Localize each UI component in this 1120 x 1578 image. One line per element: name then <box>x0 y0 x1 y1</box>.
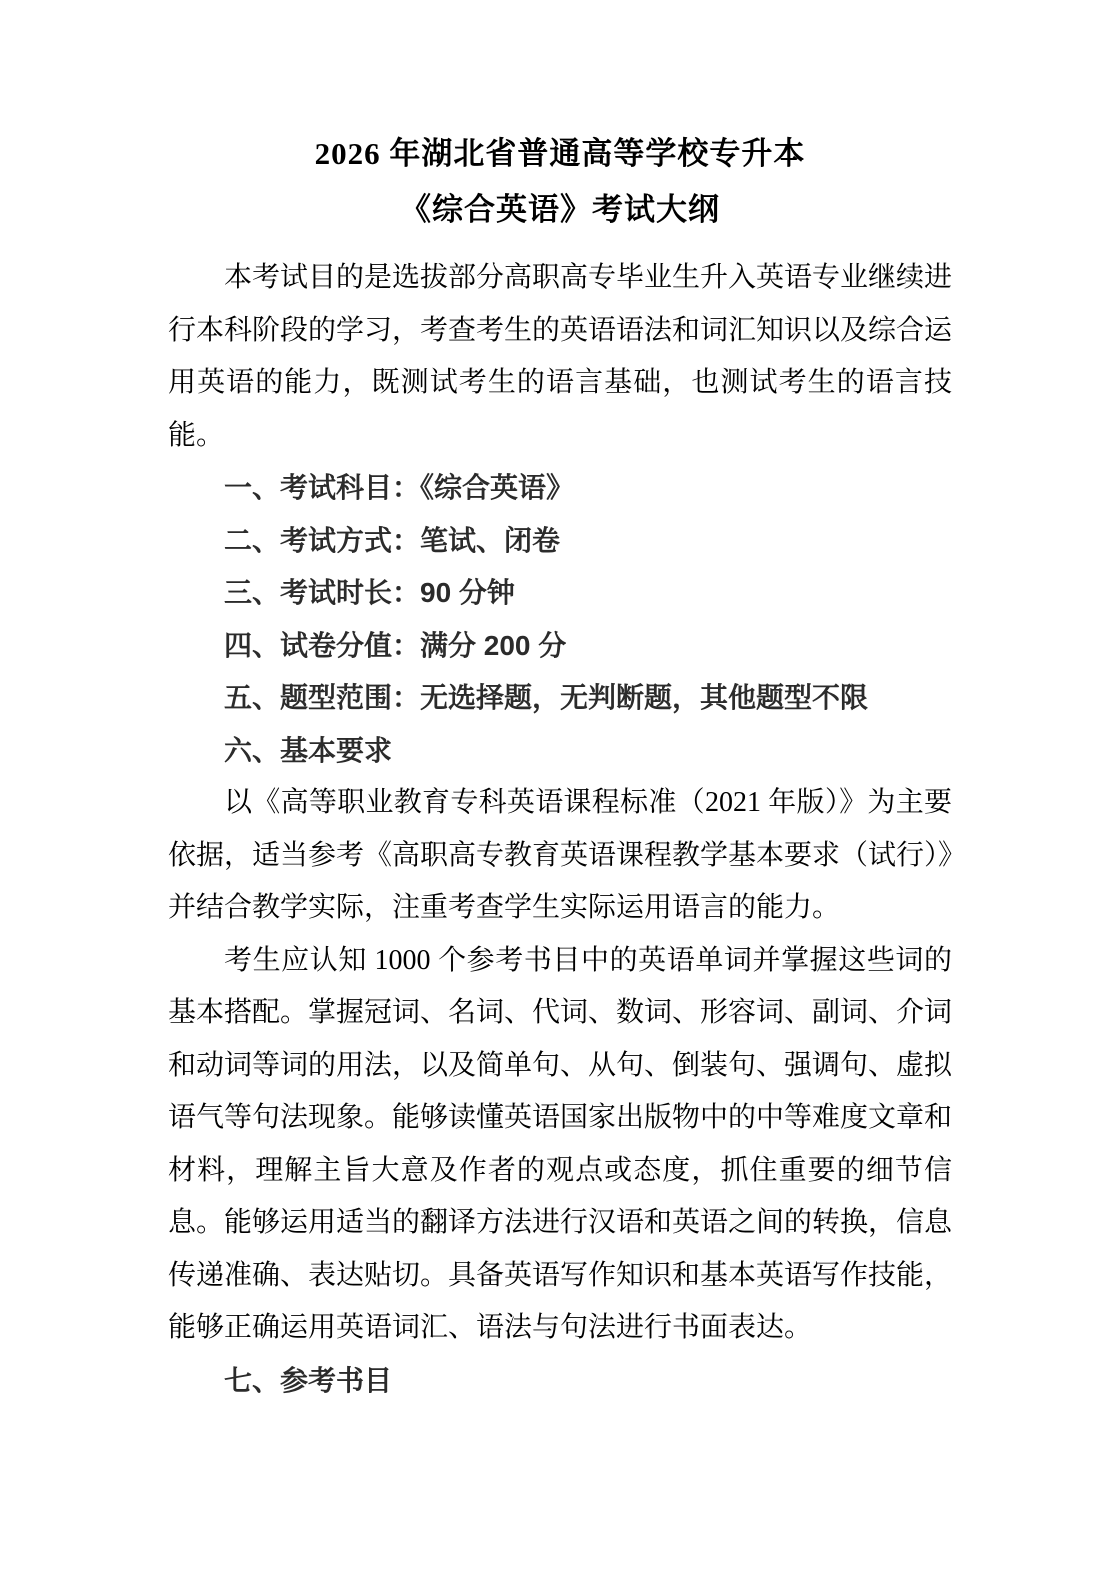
exam-info-item-score: 四、试卷分值：满分 200 分 <box>168 620 952 673</box>
document-page: 2026 年湖北省普通高等学校专升本 《综合英语》考试大纲 本考试目的是选拔部分… <box>0 0 1120 1578</box>
document-content: 2026 年湖北省普通高等学校专升本 《综合英语》考试大纲 本考试目的是选拔部分… <box>168 126 952 1407</box>
document-body: 本考试目的是选拔部分高职高专毕业生升入英语专业继续进行本科阶段的学习，考查考生的… <box>168 252 952 1407</box>
basic-requirements-paragraph-2: 考生应认知 1000 个参考书目中的英语单词并掌握这些词的基本搭配。掌握冠词、名… <box>168 935 952 1355</box>
intro-paragraph: 本考试目的是选拔部分高职高专毕业生升入英语专业继续进行本科阶段的学习，考查考生的… <box>168 252 952 462</box>
exam-info-item-format: 二、考试方式：笔试、闭卷 <box>168 515 952 568</box>
section-heading-reference-books: 七、参考书目 <box>168 1355 952 1408</box>
exam-info-item-question-types: 五、题型范围：无选择题，无判断题，其他题型不限 <box>168 672 952 725</box>
document-title: 2026 年湖北省普通高等学校专升本 《综合英语》考试大纲 <box>168 126 952 238</box>
document-title-line-1: 2026 年湖北省普通高等学校专升本 <box>168 126 952 182</box>
exam-info-item-duration: 三、考试时长：90 分钟 <box>168 567 952 620</box>
document-title-line-2: 《综合英语》考试大纲 <box>168 182 952 238</box>
basic-requirements-paragraph-1: 以《高等职业教育专科英语课程标准（2021 年版）》为主要依据，适当参考《高职高… <box>168 777 952 935</box>
exam-info-item-subject: 一、考试科目：《综合英语》 <box>168 462 952 515</box>
exam-info-item-basic-requirements: 六、基本要求 <box>168 725 952 778</box>
